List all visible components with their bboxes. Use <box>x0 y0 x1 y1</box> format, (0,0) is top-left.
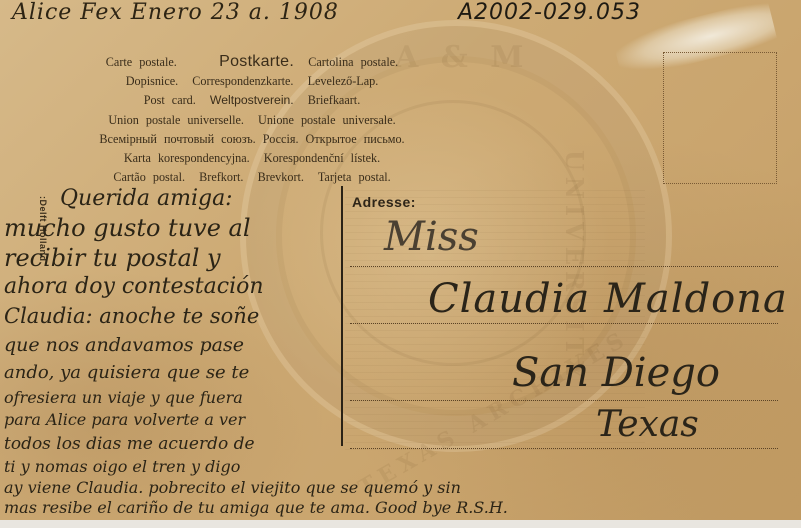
header-row-7: Cartão postal. Brefkort. Brevkort. Tarje… <box>56 168 448 187</box>
stamp-placeholder-box <box>663 52 777 184</box>
header-text: Karta korespondencyjna. <box>124 151 250 165</box>
message-line: todos los dias me acuerdo de <box>4 434 255 454</box>
header-row-5: Всемірный почтовый союзъ. Россія. Открыт… <box>56 130 448 149</box>
message-line: mucho gusto tuve al <box>4 214 251 242</box>
handwritten-date-note: Alice Fex Enero 23 a. 1908 <box>12 0 339 25</box>
header-text: Union postale universelle. <box>108 113 244 127</box>
header-text: Levelező-Lap. <box>308 74 379 88</box>
message-line: para Alice para volverte a ver <box>4 410 245 429</box>
header-text: Carte postale. <box>106 55 177 69</box>
header-text: Brefkort. <box>199 170 243 184</box>
postcard-back: A & M UNIVERSITY TEXAS ARCHIVES Alice Fe… <box>0 0 801 520</box>
message-line: ti y nomas oigo el tren y digo <box>4 457 240 476</box>
header-text: Всемірный почтовый союзъ. <box>99 132 255 146</box>
message-line: mas resibe el cariño de tu amiga que te … <box>4 498 508 517</box>
header-text: Tarjeta postal. <box>318 170 391 184</box>
message-line: Querida amiga: <box>60 186 233 211</box>
header-text: Brevkort. <box>258 170 304 184</box>
printed-multilingual-header: Carte postale. Postkarte. Cartolina post… <box>56 52 448 187</box>
header-text: Post card. <box>144 93 196 107</box>
address-line-1 <box>350 266 778 267</box>
header-text: Cartão postal. <box>113 170 185 184</box>
scan-bottom-edge <box>0 520 801 528</box>
address-line-3 <box>350 400 778 401</box>
header-row-3: Post card. Weltpostverein. Briefkaart. <box>56 91 448 110</box>
address-recipient-name: Claudia Maldona <box>428 276 788 322</box>
header-row-2: Dopisnice. Correspondenzkarte. Levelező-… <box>56 72 448 91</box>
header-postkarte: Postkarte. <box>219 53 294 70</box>
header-text: Unione postale universale. <box>258 113 396 127</box>
address-line-4 <box>350 448 778 449</box>
header-text: Correspondenzkarte. <box>192 74 293 88</box>
header-text: Briefkaart. <box>308 93 360 107</box>
header-text: Dopisnice. <box>126 74 178 88</box>
header-text: Россія. <box>263 132 299 146</box>
message-line: que nos andavamos pase <box>4 334 244 356</box>
address-state: Texas <box>596 404 699 445</box>
address-city: San Diego <box>512 350 720 396</box>
message-line: recibir tu postal y <box>4 244 221 272</box>
header-text: Открытое письмо. <box>306 132 405 146</box>
header-row-6: Karta korespondencyjna. Korespondenční l… <box>56 149 448 168</box>
message-line: ahora doy contestación <box>4 274 264 299</box>
accession-number: A2002-029.053 <box>458 0 641 25</box>
header-text: Weltpostverein. <box>210 93 294 107</box>
address-label: Adresse: <box>352 194 416 210</box>
message-address-divider <box>341 186 343 446</box>
address-recipient-title: Miss <box>384 214 479 260</box>
message-line: ofresiera un viaje y que fuera <box>4 388 243 407</box>
header-text: Korespondenční lístek. <box>264 151 380 165</box>
header-row-1: Carte postale. Postkarte. Cartolina post… <box>56 52 448 72</box>
message-line: ando, ya quisiera que se te <box>4 362 249 383</box>
header-row-4: Union postale universelle. Unione postal… <box>56 111 448 130</box>
message-line: Claudia: anoche te soñe <box>4 304 259 328</box>
header-text: Cartolina postale. <box>308 55 398 69</box>
address-line-2 <box>350 323 778 324</box>
message-line: ay viene Claudia. pobrecito el viejito q… <box>4 478 461 497</box>
